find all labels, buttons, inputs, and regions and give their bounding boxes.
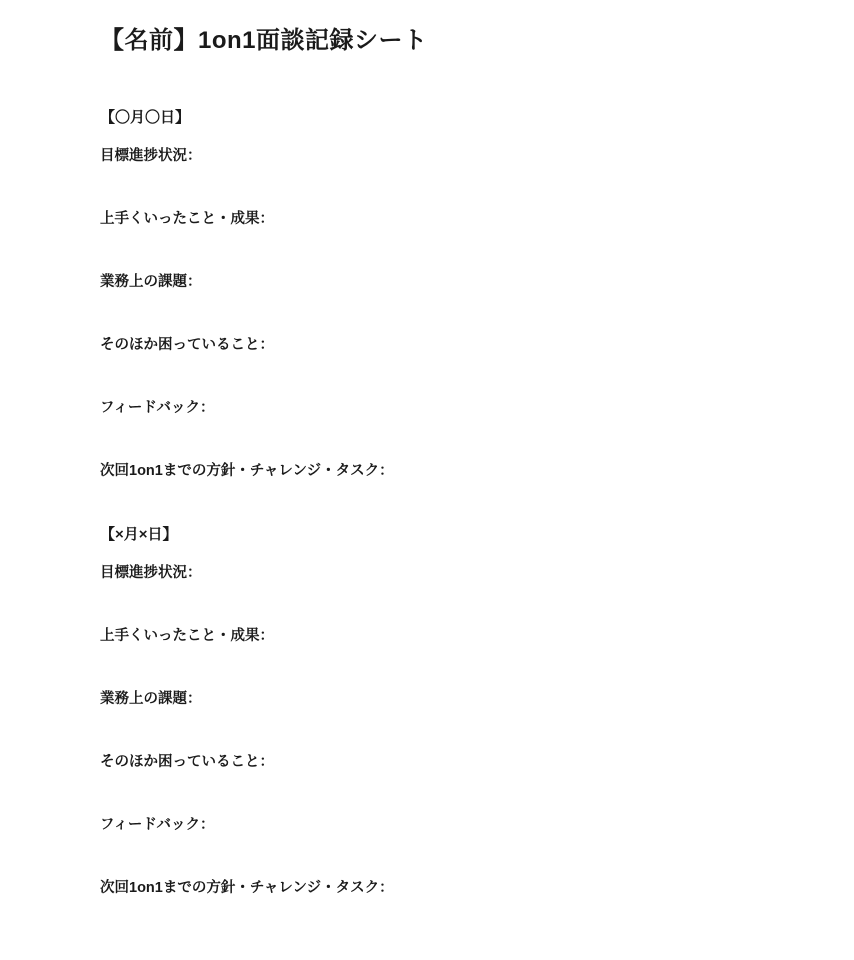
field-label-feedback: フィードバック：: [100, 815, 814, 836]
field-label-other-troubles: そのほか困っていること：: [100, 752, 814, 773]
section-date-header: 【〇月〇日】: [100, 107, 814, 128]
page-title: 【名前】1on1面談記録シート: [100, 24, 814, 58]
meeting-section-1: 【〇月〇日】 目標進捗状況： 上手くいったこと・成果： 業務上の課題： そのほか…: [100, 107, 814, 482]
field-label-next-1on1-plan: 次回1on1までの方針・チャレンジ・タスク：: [100, 878, 814, 899]
field-label-other-troubles: そのほか困っていること：: [100, 335, 814, 356]
field-label-successes-results: 上手くいったこと・成果：: [100, 209, 814, 230]
field-label-next-1on1-plan: 次回1on1までの方針・チャレンジ・タスク：: [100, 461, 814, 482]
field-label-goal-progress: 目標進捗状況：: [100, 563, 814, 584]
field-label-work-issues: 業務上の課題：: [100, 272, 814, 293]
meeting-section-2: 【×月×日】 目標進捗状況： 上手くいったこと・成果： 業務上の課題： そのほか…: [100, 524, 814, 899]
field-label-successes-results: 上手くいったこと・成果：: [100, 626, 814, 647]
section-date-header: 【×月×日】: [100, 524, 814, 545]
document-page: 【名前】1on1面談記録シート 【〇月〇日】 目標進捗状況： 上手くいったこと・…: [0, 0, 854, 960]
field-label-work-issues: 業務上の課題：: [100, 689, 814, 710]
field-label-goal-progress: 目標進捗状況：: [100, 146, 814, 167]
field-label-feedback: フィードバック：: [100, 398, 814, 419]
